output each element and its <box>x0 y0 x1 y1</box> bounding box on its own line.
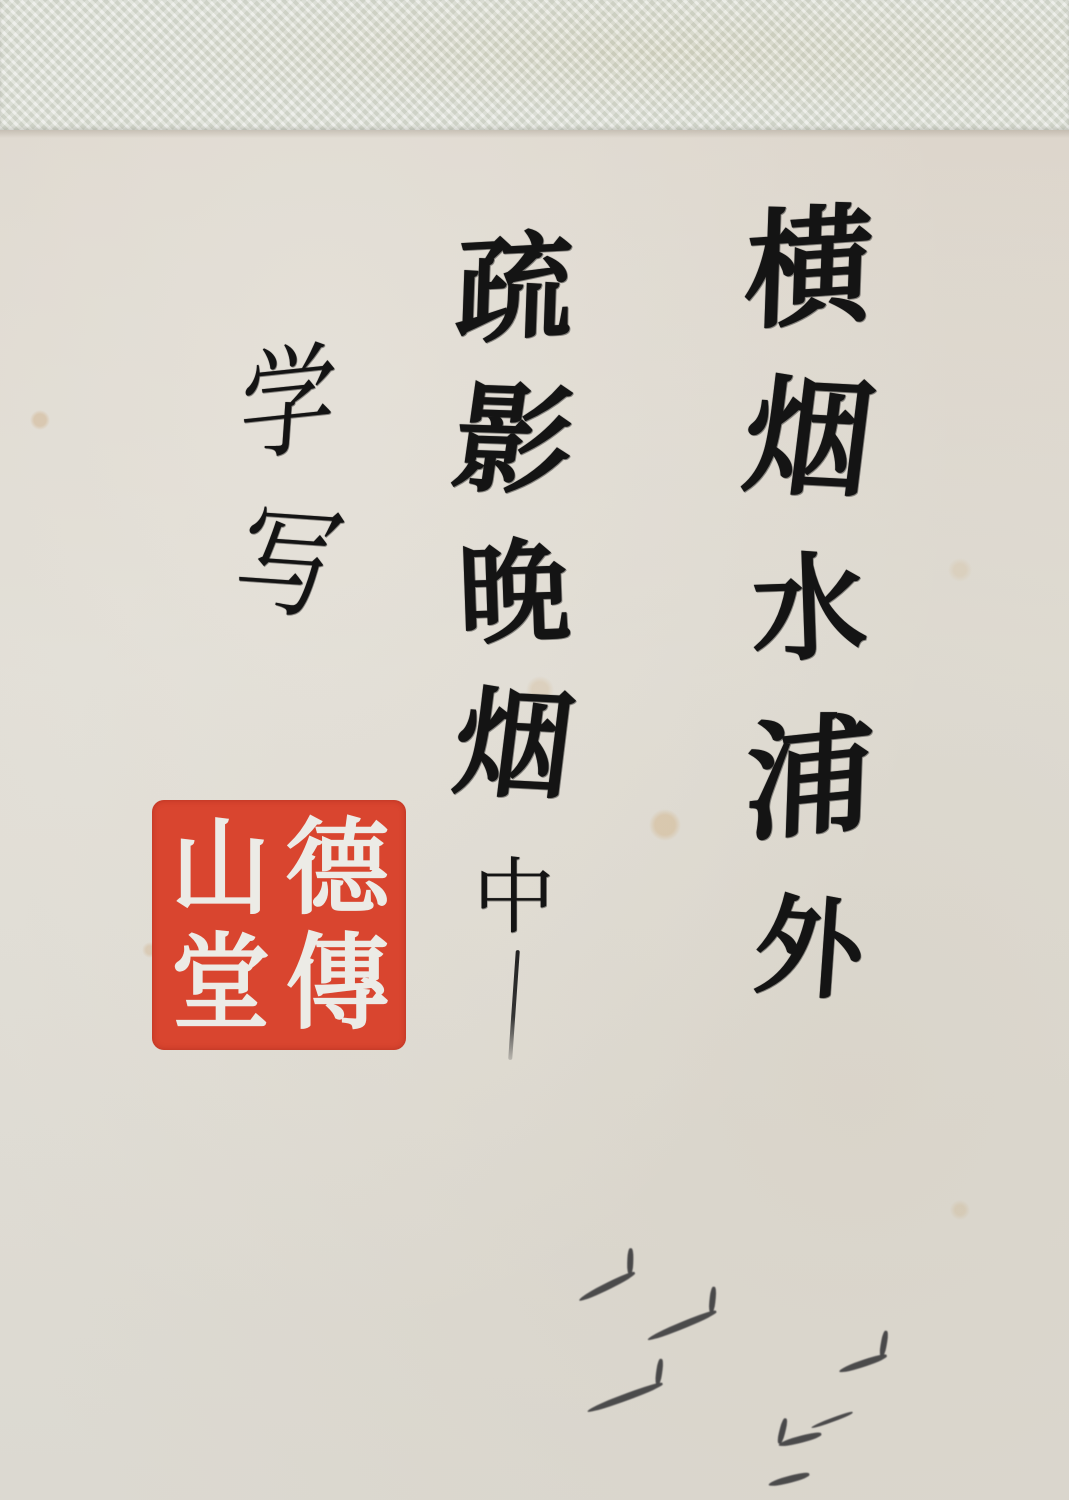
seal-char: 山 <box>165 810 276 925</box>
calligraphy-char: 水 <box>749 549 868 668</box>
hanging-scroll: 横 烟 水 浦 外 疏 影 晚 烟 中 学 写 德 傳 山 堂 <box>0 0 1069 1500</box>
calligraphy-char: 横 <box>743 200 875 338</box>
calligraphy-char: 疏 <box>453 227 575 352</box>
trailing-brush-stroke <box>508 950 520 1060</box>
seal-char: 堂 <box>165 925 276 1040</box>
calligraphy-char: 外 <box>751 891 867 1007</box>
red-seal-stamp: 德 傳 山 堂 <box>152 800 406 1050</box>
silk-brocade-mount <box>0 0 1069 130</box>
poem-column-2: 疏 影 晚 烟 中 <box>455 230 573 1060</box>
calligraphy-char: 晚 <box>456 535 572 651</box>
poem-column-1: 横 烟 水 浦 外 <box>745 205 873 1055</box>
artist-signature: 学 写 <box>228 345 348 665</box>
calligraphy-char: 烟 <box>737 372 880 506</box>
signature-char: 学 <box>236 339 340 471</box>
calligraphy-char: 烟 <box>448 683 580 807</box>
seal-char: 傳 <box>279 925 396 1040</box>
seal-char: 德 <box>279 810 396 925</box>
calligraphy-char: 影 <box>447 380 581 502</box>
signature-char: 写 <box>225 502 352 628</box>
calligraphy-char: 浦 <box>743 708 875 851</box>
calligraphy-char: 中 <box>473 856 556 939</box>
